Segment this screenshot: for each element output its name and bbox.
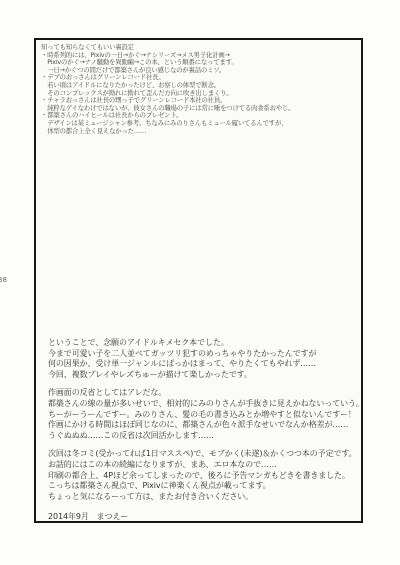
text-line: 次回は冬コミ(受かってれば1日マススペ)で、モブかく(未遂)＆かくつつ本の予定で…: [48, 449, 359, 460]
date-signature: 2014年9月 まつえー: [48, 512, 359, 523]
text-line: 印刷の都合上、4Pほど余ってしまったので、後ろに予告マンガもどきを書きました。: [48, 471, 359, 482]
afterword-section: ということで、念願のアイドルキメセク本でした。今まで可愛い子を二人並べてガッツリ…: [48, 338, 359, 523]
text-line: 何の因果か、受け単一ジャンルにばっかはまって、やりたくてもやれず……: [48, 359, 359, 370]
text-line: 作画面の反省としてはアレだな。: [48, 388, 359, 399]
page-number: 38: [0, 276, 7, 284]
text-line: こっちは都築さん視点で、Pixivに神楽くん視点が載ってます。: [48, 481, 359, 492]
text-line: ということで、念願のアイドルキメセク本でした。: [48, 338, 359, 349]
afterword-body: ということで、念願のアイドルキメセク本でした。今まで可愛い子を二人並べてガッツリ…: [48, 338, 359, 502]
text-line: 今まで可愛い子を二人並べてガッツリ犯すのめっちゃやりたかったんですが: [48, 349, 359, 360]
content-frame: 知っても知らなくてもいい裏設定・時系列的には、Pixivの一日→かぐ→ナシリーズ…: [34, 38, 363, 523]
text-line: お話的にはこの本の続編になりますが、まあ、エロ本なので……: [48, 460, 359, 471]
text-line: ちょっと気になるーって方は、またお付き合いください。: [48, 492, 359, 503]
text-line: 体型の都合上全く見えなかった……: [41, 128, 359, 136]
text-line: うぐぬぬぬ……この反省は次回活かします……: [48, 431, 359, 442]
text-line: 今回、複数プレイやレズちゅーが描けて楽しかったです。: [48, 370, 359, 381]
text-line: 作画にかける時間はほぼ同じなのに、都築さんが色々派手なせいでなんか格差が……: [48, 420, 359, 431]
scan-page: 38 知っても知らなくてもいい裏設定・時系列的には、Pixivの一日→かぐ→ナシ…: [0, 0, 400, 565]
text-line: ちーがーうーんですー。みのりさん、髪の毛の書き込みとか増やすと似ないんですー！: [48, 410, 359, 421]
text-line: 都築さんの線の量が多いせいで、相対的にみのりさんが手抜きに見えかねないっていう。: [48, 399, 359, 410]
backstory-section: 知っても知らなくてもいい裏設定・時系列的には、Pixivの一日→かぐ→ナシリーズ…: [41, 44, 359, 135]
